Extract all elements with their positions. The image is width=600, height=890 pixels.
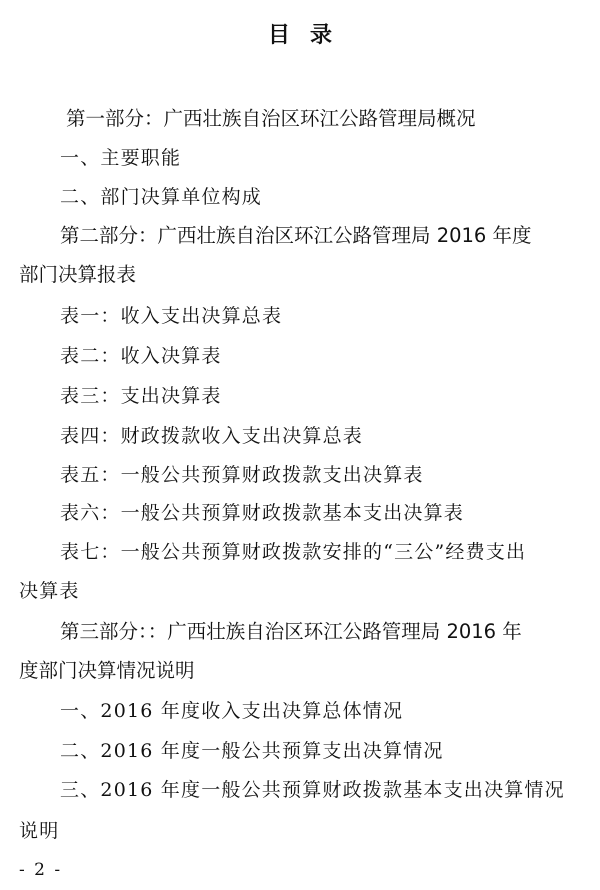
toc-item: 二、部门决算单位构成	[60, 184, 600, 210]
toc-item: 三、2016 年度一般公共预算财政拨款基本支出决算情况	[60, 777, 600, 803]
toc-item-cont: 说明	[19, 818, 589, 844]
section-2-heading: 第二部分：广西壮族自治区环江公路管理局 2016 年度	[60, 223, 600, 249]
section-2-heading-cont: 部门决算报表	[19, 262, 589, 288]
toc-item: 二、2016 年度一般公共预算支出决算情况	[60, 738, 600, 764]
section-3-heading: 第三部分：：广西壮族自治区环江公路管理局 2016 年	[60, 619, 600, 645]
toc-item-cont: 决算表	[19, 578, 589, 604]
toc-item: 一、2016 年度收入支出决算总体情况	[60, 698, 600, 724]
toc-item: 表五：一般公共预算财政拨款支出决算表	[60, 462, 600, 488]
toc-item: 表三：支出决算表	[60, 383, 600, 409]
toc-item: 表七：一般公共预算财政拨款安排的“三公”经费支出	[60, 539, 600, 565]
page-number: - 2 -	[19, 860, 62, 880]
toc-item: 表一：收入支出决算总表	[60, 303, 600, 329]
section-1-heading: 第一部分：广西壮族自治区环江公路管理局概况	[66, 106, 600, 132]
toc-item: 表二：收入决算表	[60, 343, 600, 369]
section-3-heading-cont: 度部门决算情况说明	[19, 658, 589, 684]
toc-item: 一、主要职能	[60, 145, 600, 171]
toc-title: 目录	[0, 18, 600, 49]
toc-item: 表六：一般公共预算财政拨款基本支出决算表	[60, 500, 600, 526]
toc-item: 表四：财政拨款收入支出决算总表	[60, 423, 600, 449]
